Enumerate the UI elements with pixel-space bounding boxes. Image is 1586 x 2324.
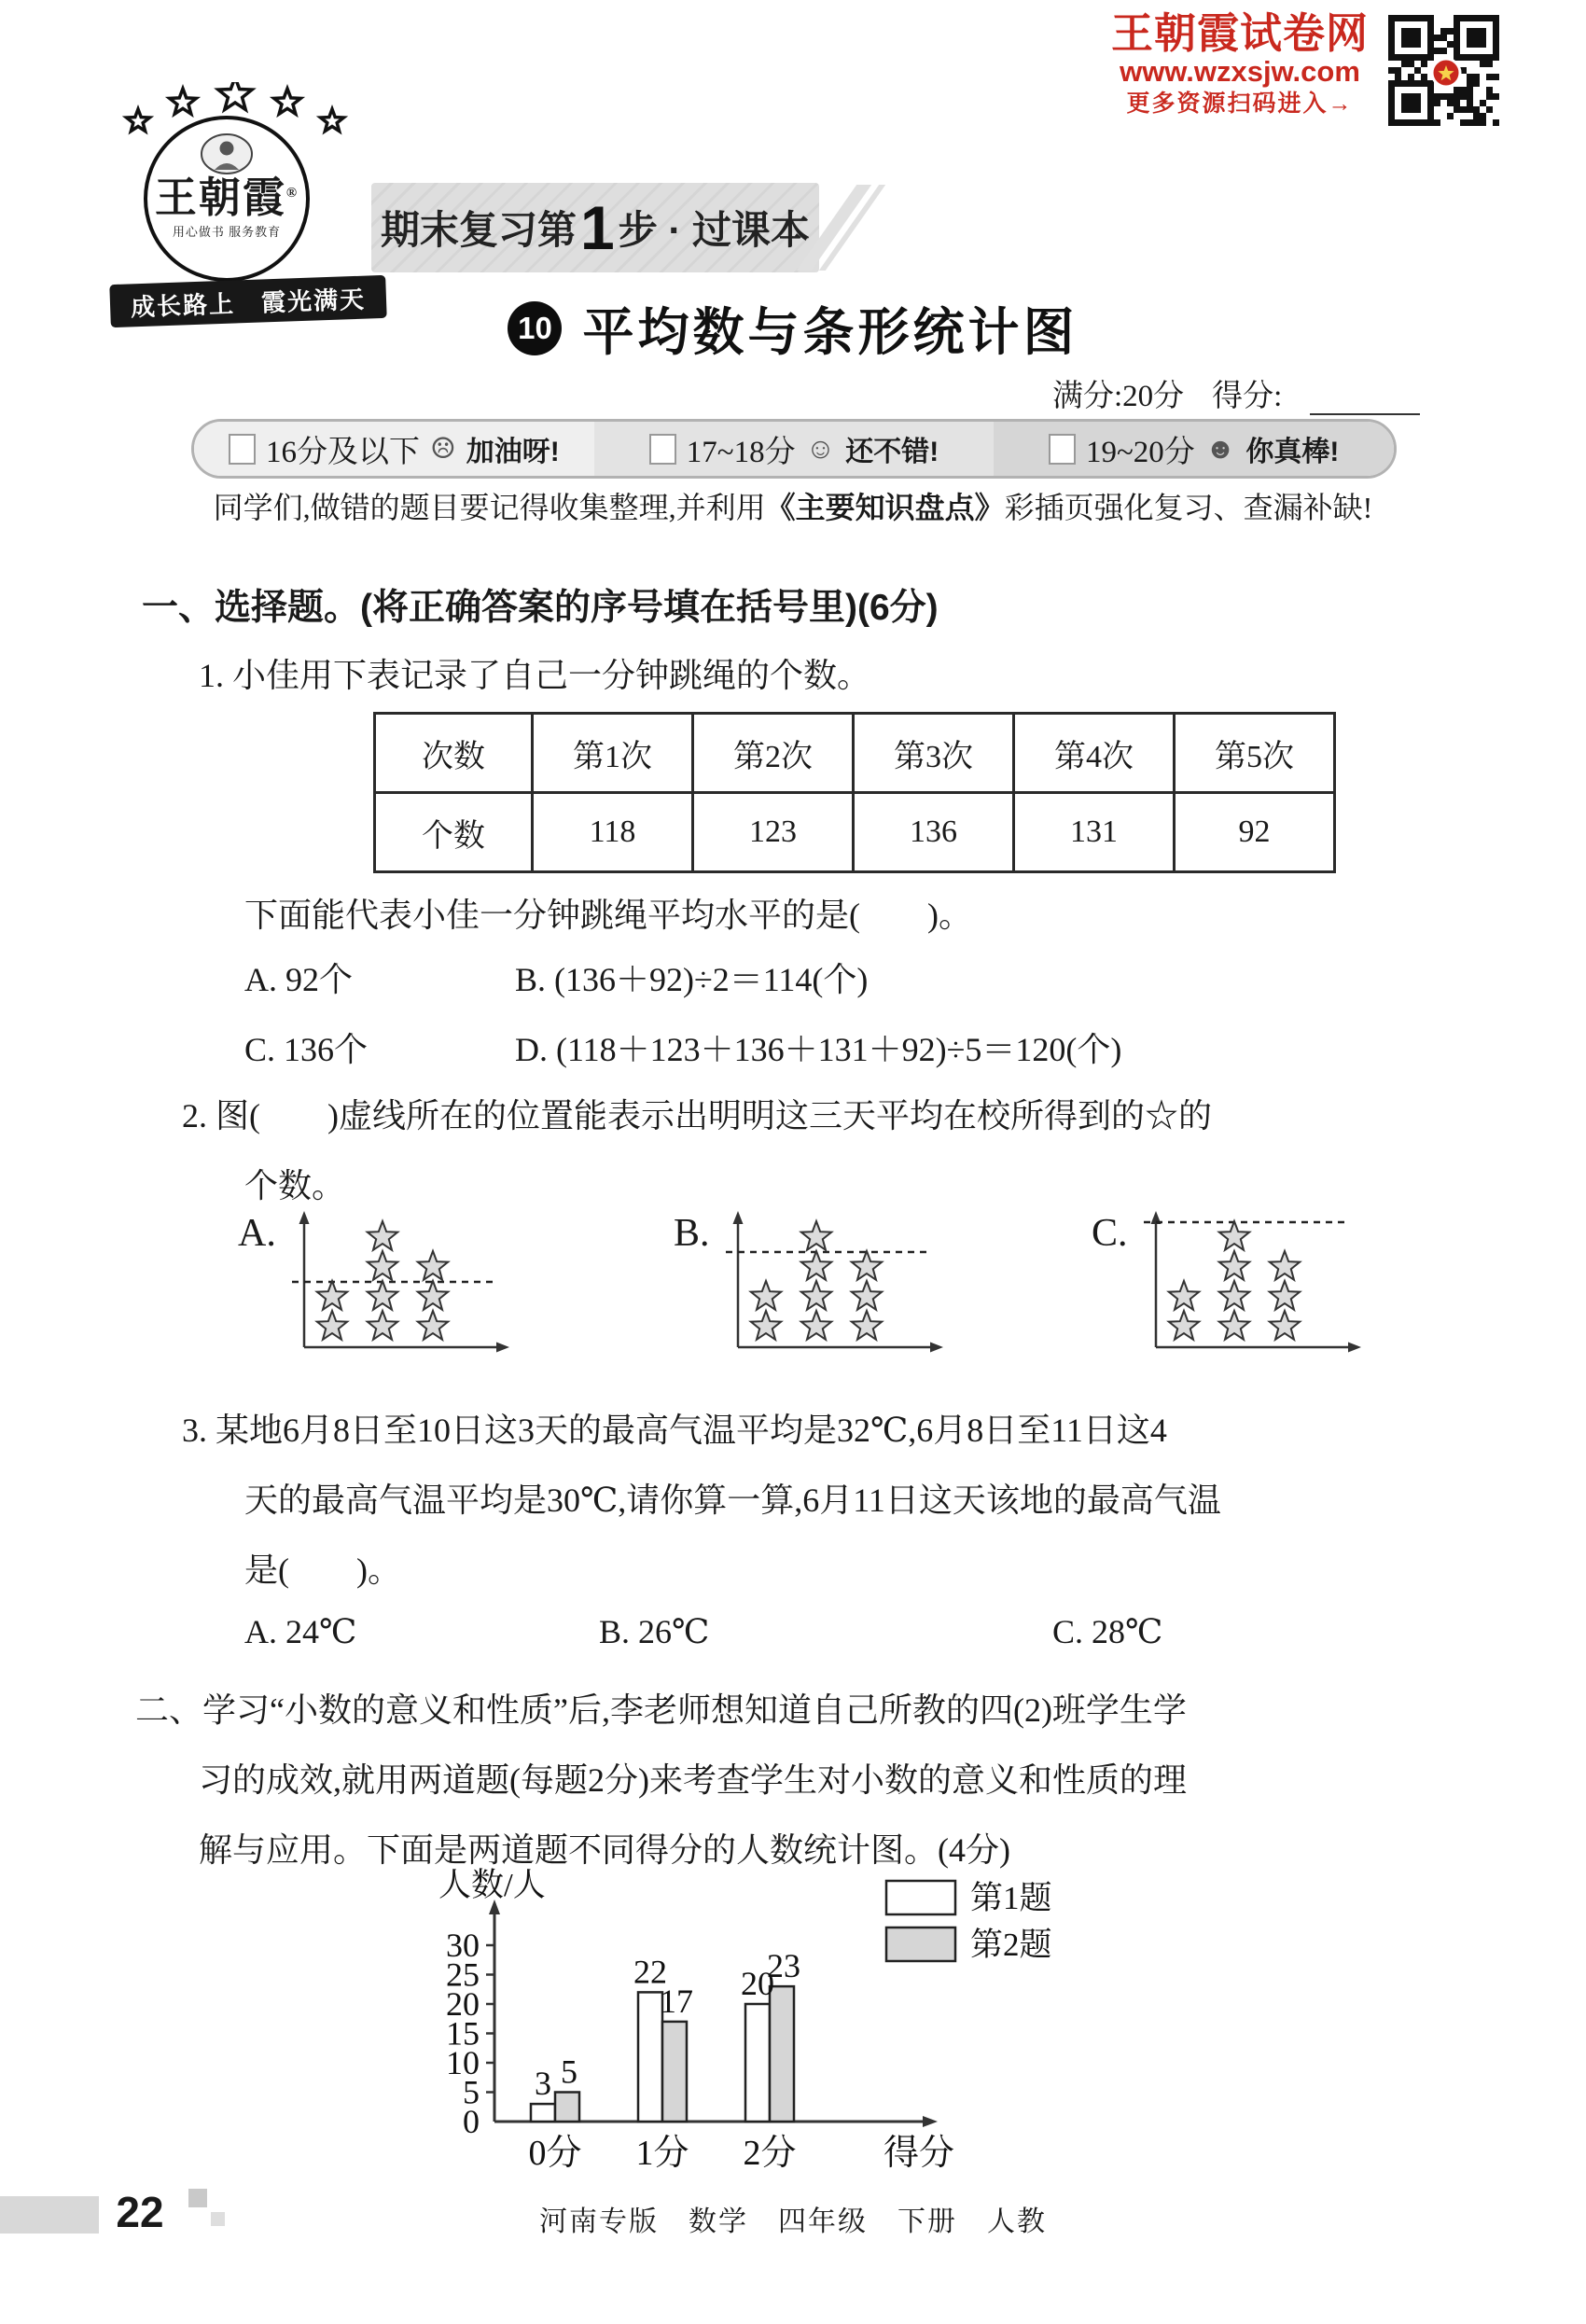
page-title-row: 10 平均数与条形统计图 — [0, 291, 1586, 365]
y-axis-arrow-icon — [732, 1211, 743, 1224]
table-cell: 个数 — [375, 793, 533, 872]
table-cell: 第3次 — [854, 714, 1014, 793]
logo-circle: 王朝霞® 用心做书 服务教育 — [144, 116, 310, 282]
smiley-face-icon: ☺ — [806, 432, 836, 466]
y-axis-label: 人数/人 — [438, 1868, 546, 1903]
band-range-label: 17~18分 — [687, 427, 796, 471]
smiley-face-icon: ☻ — [1205, 432, 1236, 466]
logo-name: 王朝霞® — [147, 175, 306, 222]
table-cell: 118 — [533, 793, 693, 872]
star-icon — [418, 1281, 448, 1310]
star-icon — [1269, 1281, 1299, 1310]
bar-series2 — [662, 2022, 687, 2122]
q1-options-row1: A. 92个B. (136＋92)÷2＝114(个) — [244, 953, 868, 1001]
star-icon — [317, 1281, 347, 1310]
star-icon — [274, 89, 301, 114]
star-icon — [418, 1251, 448, 1280]
star-icon — [1269, 1311, 1299, 1340]
title-number-badge: 10 — [508, 301, 562, 355]
smiley-face-icon: ☹ — [430, 432, 456, 466]
q1-scores-table: 次数第1次第2次第3次第4次第5次个数11812313613192 — [373, 712, 1336, 873]
star-icon — [317, 1311, 347, 1340]
band-checkbox — [1049, 434, 1076, 465]
full-score-label: 满分:20分 — [1052, 371, 1184, 415]
star-icon — [800, 1281, 830, 1310]
x-tick-label: 0分 — [528, 2134, 581, 2173]
star-chart-svg — [1137, 1205, 1366, 1366]
star-icon — [418, 1311, 448, 1340]
notice-pre: 同学们,做错的题目要记得收集整理,并利用 — [214, 491, 766, 524]
star-chart-svg — [285, 1205, 514, 1366]
star-icon — [368, 1281, 397, 1310]
table-cell: 第4次 — [1014, 714, 1175, 793]
qr-code-icon — [1384, 11, 1508, 134]
x-axis-arrow-icon — [930, 1343, 943, 1353]
q2-stem-line1: 2. 图( )虚线所在的位置能表示出明明这三天平均在校所得到的☆的 — [182, 1090, 1212, 1137]
banner-suffix: 步 · 过课本 — [619, 200, 810, 256]
band-comment-label: 加油呀! — [466, 428, 560, 469]
q3-line3: 是( )。 — [244, 1544, 401, 1592]
star-icon — [1168, 1281, 1198, 1310]
q2-stem-line2: 个数。 — [244, 1160, 345, 1207]
step-banner: 期末复习第 1 步 · 过课本 — [371, 183, 819, 272]
option-item: B. 26℃ — [599, 1612, 1052, 1651]
table-cell: 92 — [1175, 793, 1335, 872]
band-checkbox — [229, 434, 256, 465]
option-item: C. 136个 — [244, 1023, 515, 1071]
band-range-label: 19~20分 — [1086, 427, 1195, 471]
bar-chart-svg: 人数/人051015202530350分22171分20232分得分第1题第2题 — [401, 1868, 1054, 2196]
option-item: C. 28℃ — [1052, 1613, 1162, 1650]
star-chart-label: C. — [1092, 1205, 1128, 1261]
value-label: 3 — [535, 2065, 551, 2102]
score-band: 19~20分☻你真棒! — [994, 422, 1394, 476]
star-chart-label: B. — [674, 1205, 710, 1261]
portrait-icon — [200, 132, 254, 175]
legend-swatch — [886, 1927, 955, 1961]
bar-series2 — [555, 2093, 579, 2122]
star-icon — [170, 89, 197, 114]
score-band: 17~18分☺还不错! — [594, 422, 995, 476]
y-tick-label: 30 — [446, 1927, 480, 1964]
star-chart: C. — [1092, 1205, 1366, 1366]
section2-line1: 二、学习“小数的意义和性质”后,李老师想知道自己所教的四(2)班学生学 — [135, 1684, 1187, 1732]
q3-options-row: A. 24℃B. 26℃C. 28℃ — [244, 1612, 1162, 1651]
star-icon — [800, 1311, 830, 1340]
legend-label: 第1题 — [970, 1880, 1052, 1916]
band-range-label: 16分及以下 — [266, 427, 420, 471]
star-icon — [368, 1311, 397, 1340]
star-icon — [1168, 1311, 1198, 1340]
x-axis-arrow-icon — [923, 2116, 938, 2127]
option-item: D. (118＋123＋136＋131＋92)÷5＝120(个) — [515, 1031, 1121, 1068]
q3-line1: 3. 某地6月8日至10日这3天的最高气温平均是32℃,6月8日至11日这4 — [182, 1404, 1167, 1452]
table-cell: 第5次 — [1175, 714, 1335, 793]
section1-heading: 一、选择题。(将正确答案的序号填在括号里)(6分) — [142, 578, 939, 631]
notice-post: 彩插页强化复习、查漏补缺! — [1005, 491, 1373, 524]
star-icon — [851, 1311, 881, 1340]
star-icon — [1218, 1311, 1248, 1340]
score-blank-line — [1310, 380, 1420, 415]
star-icon — [1269, 1251, 1299, 1280]
legend-swatch — [886, 1881, 955, 1914]
star-icon — [1218, 1221, 1248, 1250]
q1-options-row2: C. 136个D. (118＋123＋136＋131＋92)÷5＝120(个) — [244, 1023, 1121, 1071]
bar-chart: 人数/人051015202530350分22171分20232分得分第1题第2题 — [401, 1868, 1054, 2201]
footer-edition: 河南专版 数学 四年级 下册 人教 — [0, 2198, 1586, 2239]
worksheet-page: 王朝霞试卷网 www.wzxsjw.com 更多资源扫码进入→ 王朝霞® 用心做… — [0, 0, 1586, 2324]
band-checkbox — [649, 434, 676, 465]
star-icon — [368, 1221, 397, 1250]
table-cell: 第1次 — [533, 714, 693, 793]
page-title: 平均数与条形统计图 — [582, 291, 1078, 365]
value-label: 23 — [767, 1947, 800, 1984]
bar-series2 — [770, 1986, 794, 2122]
legend-label: 第2题 — [970, 1927, 1052, 1963]
section2-line3: 解与应用。下面是两道题不同得分的人数统计图。(4分) — [199, 1824, 1010, 1872]
y-axis-arrow-icon — [299, 1211, 309, 1224]
x-axis-arrow-icon — [496, 1343, 509, 1353]
band-comment-label: 你真棒! — [1245, 428, 1339, 469]
star-chart-svg — [719, 1205, 948, 1366]
star-icon — [750, 1281, 780, 1310]
q1-stem: 1. 小佳用下表记录了自己一分钟跳绳的个数。 — [199, 649, 870, 697]
x-tick-label: 2分 — [743, 2134, 796, 2173]
option-item: A. 24℃ — [244, 1612, 599, 1651]
star-icon — [800, 1251, 830, 1280]
logo-subtext: 用心做书 服务教育 — [147, 222, 306, 240]
registered-mark: ® — [286, 186, 299, 201]
x-axis-arrow-icon — [1348, 1343, 1361, 1353]
star-icon — [800, 1221, 830, 1250]
site-url: www.wzxsjw.com — [1110, 55, 1370, 89]
site-name: 王朝霞试卷网 — [1110, 11, 1370, 55]
star-icon — [750, 1311, 780, 1340]
site-tagline: 更多资源扫码进入→ — [1110, 89, 1370, 119]
score-band: 16分及以下☹加油呀! — [194, 422, 594, 476]
star-chart: A. — [238, 1205, 514, 1366]
brand-block: 王朝霞试卷网 www.wzxsjw.com 更多资源扫码进入→ — [1110, 11, 1508, 134]
table-cell: 131 — [1014, 793, 1175, 872]
star-icon — [1218, 1281, 1248, 1310]
star-chart-label: A. — [238, 1205, 276, 1261]
notice-book-title: 《主要知识盘点》 — [766, 491, 1005, 524]
q3-line2: 天的最高气温平均是30℃,请你算一算,6月11日这天该地的最高气温 — [244, 1474, 1221, 1522]
band-comment-label: 还不错! — [845, 428, 939, 469]
value-label: 5 — [561, 2053, 577, 2091]
table-cell: 第2次 — [693, 714, 854, 793]
star-icon — [321, 109, 344, 132]
banner-prefix: 期末复习第 — [381, 200, 577, 256]
x-tick-label: 1分 — [635, 2134, 689, 2173]
bar-series1 — [531, 2104, 555, 2122]
table-cell: 136 — [854, 793, 1014, 872]
option-item: A. 92个 — [244, 953, 515, 1001]
star-icon — [218, 82, 252, 109]
star-icon — [127, 109, 150, 132]
score-line: 满分:20分 得分: — [1052, 371, 1420, 415]
table-cell: 123 — [693, 793, 854, 872]
star-icon — [851, 1251, 881, 1280]
score-bands-pill: 16分及以下☹加油呀!17~18分☺还不错!19~20分☻你真棒! — [191, 419, 1397, 479]
section2-line2: 习的成效,就用两道题(每题2分)来考查学生对小数的意义和性质的理 — [199, 1754, 1187, 1802]
got-score-label: 得分: — [1212, 371, 1282, 415]
star-icon — [851, 1281, 881, 1310]
banner-step-number: 1 — [580, 197, 615, 258]
q1-question: 下面能代表小佳一分钟跳绳平均水平的是( )。 — [244, 889, 972, 937]
star-icon — [368, 1251, 397, 1280]
table-cell: 次数 — [375, 714, 533, 793]
option-item: B. (136＋92)÷2＝114(个) — [515, 961, 868, 998]
brand-text: 王朝霞试卷网 www.wzxsjw.com 更多资源扫码进入→ — [1110, 11, 1370, 118]
notice-line: 同学们,做错的题目要记得收集整理,并利用《主要知识盘点》彩插页强化复习、查漏补缺… — [0, 484, 1586, 527]
star-chart: B. — [674, 1205, 948, 1366]
x-axis-label: 得分 — [883, 2134, 954, 2173]
bar-series1 — [745, 2004, 770, 2122]
value-label: 17 — [660, 1983, 693, 2020]
star-icon — [1218, 1251, 1248, 1280]
